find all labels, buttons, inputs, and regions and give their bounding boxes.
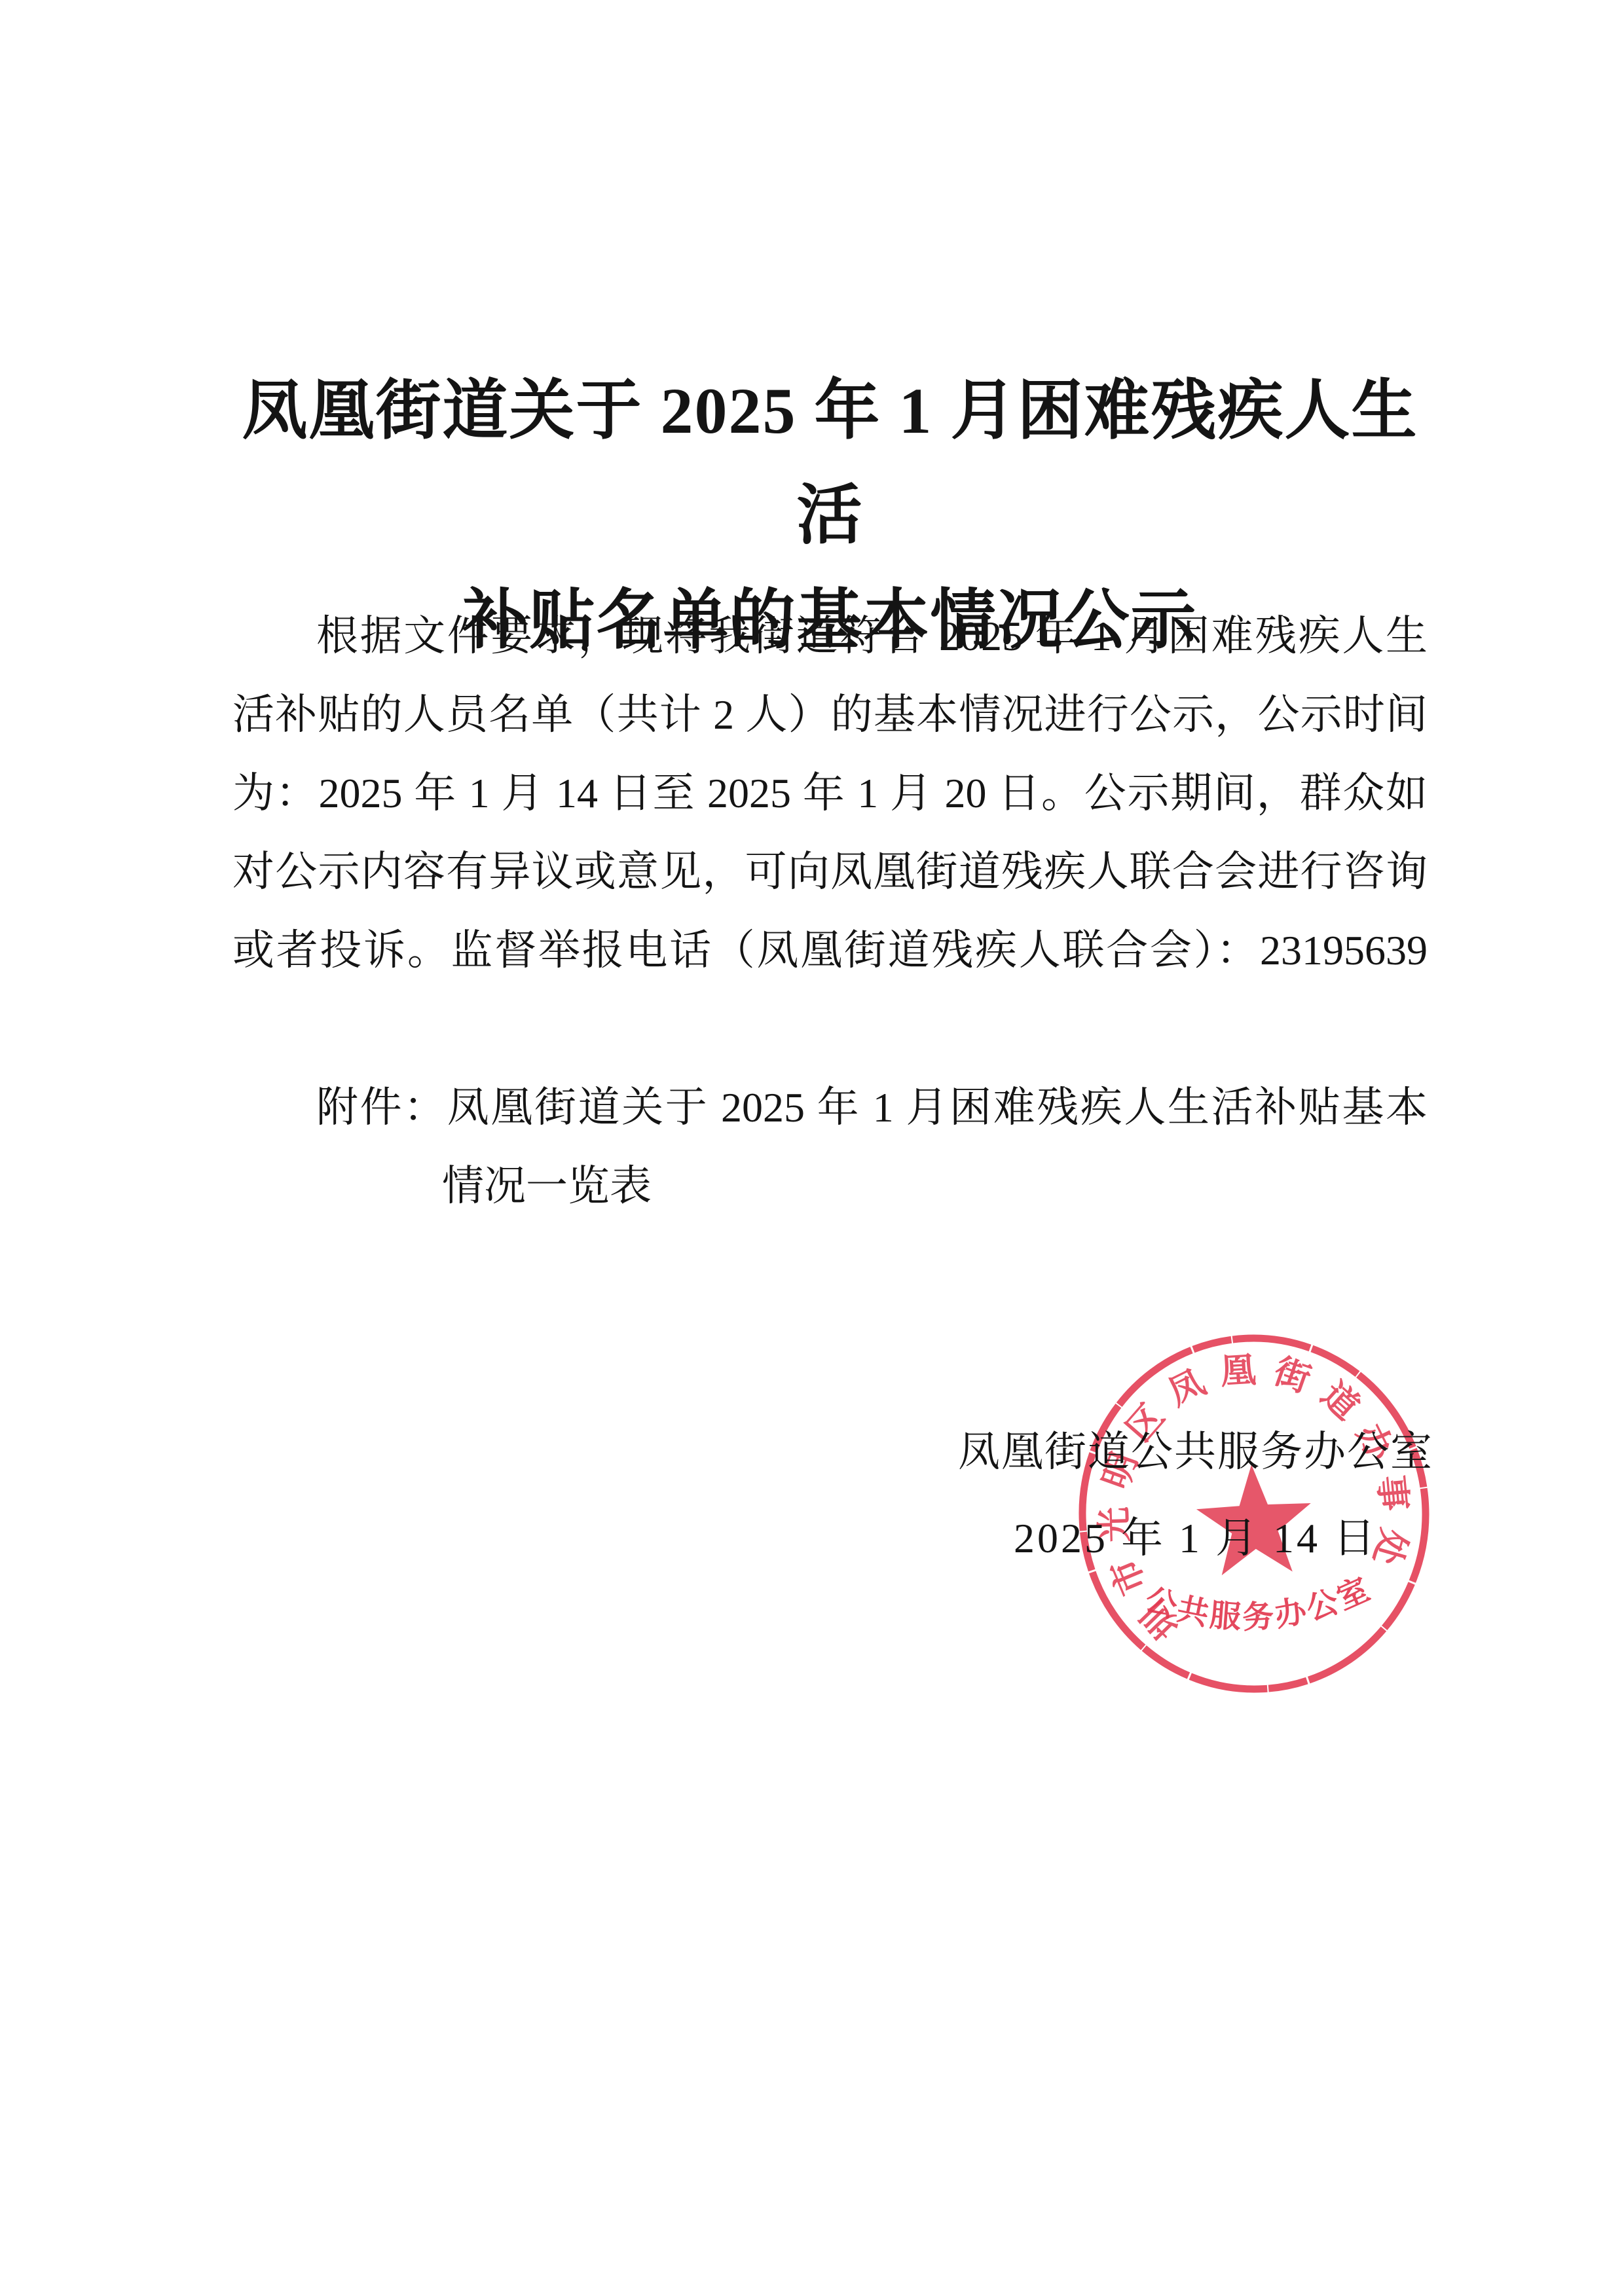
issue-date: 2025 年 1 月 14 日 <box>1014 1499 1378 1578</box>
body-line: 活补贴的人员名单（共计 2 人）的基本情况进行公示，公示时间 <box>232 676 1428 754</box>
attachment-reference-line-1: 附件：凤凰街道关于 2025 年 1 月困难残疾人生活补贴基本 <box>232 1068 1428 1147</box>
attachment-reference-line-2: 情况一览表 <box>232 1147 1428 1226</box>
title-line-1: 凤凰街道关于 2025 年 1 月困难残疾人生活 <box>232 359 1428 568</box>
body-line: 为：2025 年 1 月 14 日至 2025 年 1 月 20 日。公示期间，… <box>232 754 1428 833</box>
document-page: 凤凰街道关于 2025 年 1 月困难残疾人生活 补贴名单的基本情况公示 根据文… <box>0 0 1624 2296</box>
body-paragraph: 根据文件要求，现将我街道符合 2025 年 1 月困难残疾人生 活补贴的人员名单… <box>232 597 1428 990</box>
body-line: 对公示内容有异议或意见，可向凤凰街道残疾人联合会进行咨询 <box>232 833 1428 911</box>
body-line: 根据文件要求，现将我街道符合 2025 年 1 月困难残疾人生 <box>232 597 1428 676</box>
issuing-office: 凤凰街道公共服务办公室 <box>958 1413 1433 1491</box>
body-line: 或者投诉。监督举报电话（凤凰街道残疾人联合会）：23195639 <box>232 911 1428 990</box>
